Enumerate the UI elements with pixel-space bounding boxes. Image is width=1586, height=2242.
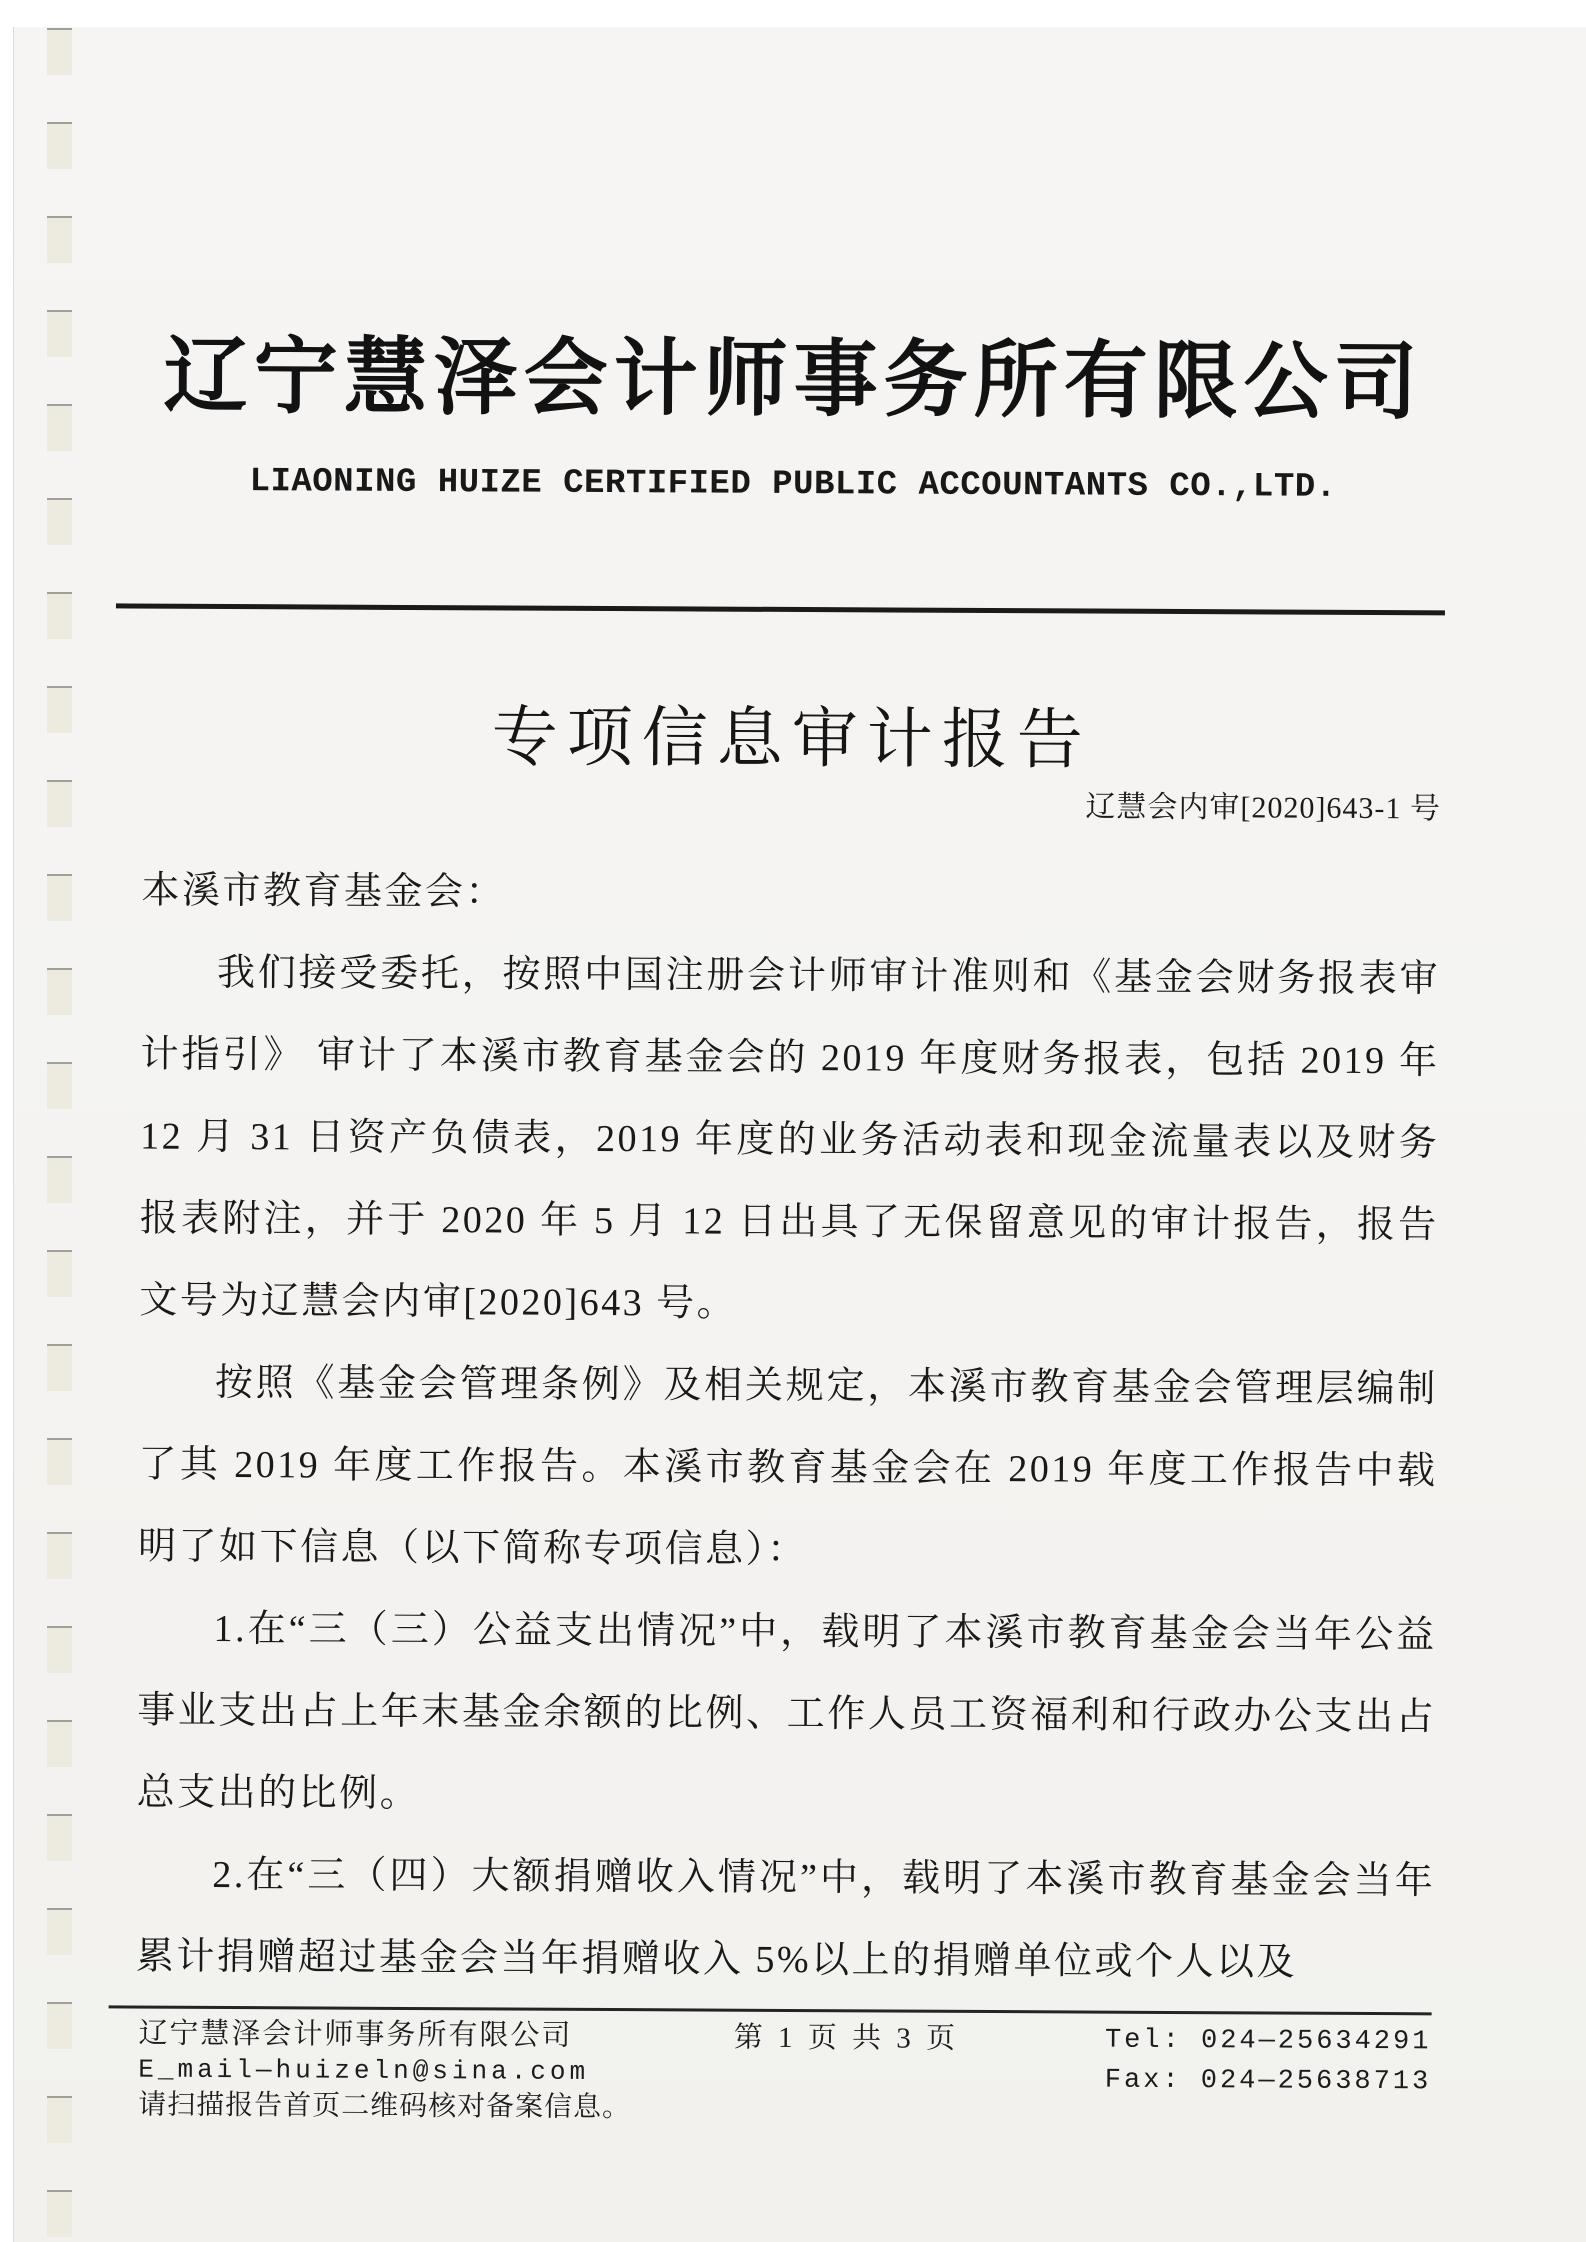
footer-divider: [109, 2005, 1432, 2015]
header-divider: [116, 603, 1445, 615]
addressee-line: 本溪市教育基金会：: [141, 850, 1440, 939]
footer-firm-name: 辽宁慧泽会计师事务所有限公司: [138, 2016, 707, 2055]
footer-left-column: 辽宁慧泽会计师事务所有限公司 E_mail—huizeln@sina.com 请…: [108, 2015, 707, 2126]
footer-fax: Fax: 024—25638713: [1105, 2061, 1432, 2103]
body-paragraph-2: 按照《基金会管理条例》及相关规定，本溪市教育基金会管理层编制了其 2019 年度…: [138, 1342, 1438, 1595]
report-title: 专项信息审计报告: [142, 704, 1441, 777]
footer-right-column: Tel: 024—25634291 Fax: 024—25638713: [1105, 2021, 1432, 2103]
footer-columns: 辽宁慧泽会计师事务所有限公司 E_mail—huizeln@sina.com 请…: [108, 2015, 1432, 2130]
document-number: 辽慧会内审[2020]643-1 号: [142, 784, 1441, 829]
firm-name-english: LIAONING HUIZE CERTIFIED PUBLIC ACCOUNTA…: [144, 462, 1443, 509]
report-body: 本溪市教育基金会： 我们接受委托，按照中国注册会计师审计准则和《基金会财务报表审…: [136, 850, 1441, 2005]
scanned-page: 辽宁慧泽会计师事务所有限公司 LIAONING HUIZE CERTIFIED …: [13, 27, 1586, 2242]
page-footer: 辽宁慧泽会计师事务所有限公司 E_mail—huizeln@sina.com 请…: [108, 2005, 1432, 2130]
footer-tel: Tel: 024—25634291: [1105, 2021, 1432, 2063]
body-paragraph-4: 2.在“三（四）大额捐赠收入情况”中，载明了本溪市教育基金会当年累计捐赠超过基金…: [136, 1834, 1436, 2005]
page-indicator: 第 1 页 共 3 页: [734, 2019, 959, 2058]
firm-name-chinese: 辽宁慧泽会计师事务所有限公司: [144, 336, 1443, 427]
footer-email: E_mail—huizeln@sina.com: [138, 2052, 707, 2091]
document-content: 辽宁慧泽会计师事务所有限公司 LIAONING HUIZE CERTIFIED …: [2, 23, 1586, 2242]
body-paragraph-3: 1.在“三（三）公益支出情况”中，载明了本溪市教育基金会当年公益事业支出占上年末…: [137, 1588, 1437, 1841]
body-paragraph-1: 我们接受委托，按照中国注册会计师审计准则和《基金会财务报表审计指引》 审计了本溪…: [139, 932, 1440, 1349]
footer-scan-note: 请扫描报告首页二维码核对备案信息。: [138, 2088, 707, 2127]
